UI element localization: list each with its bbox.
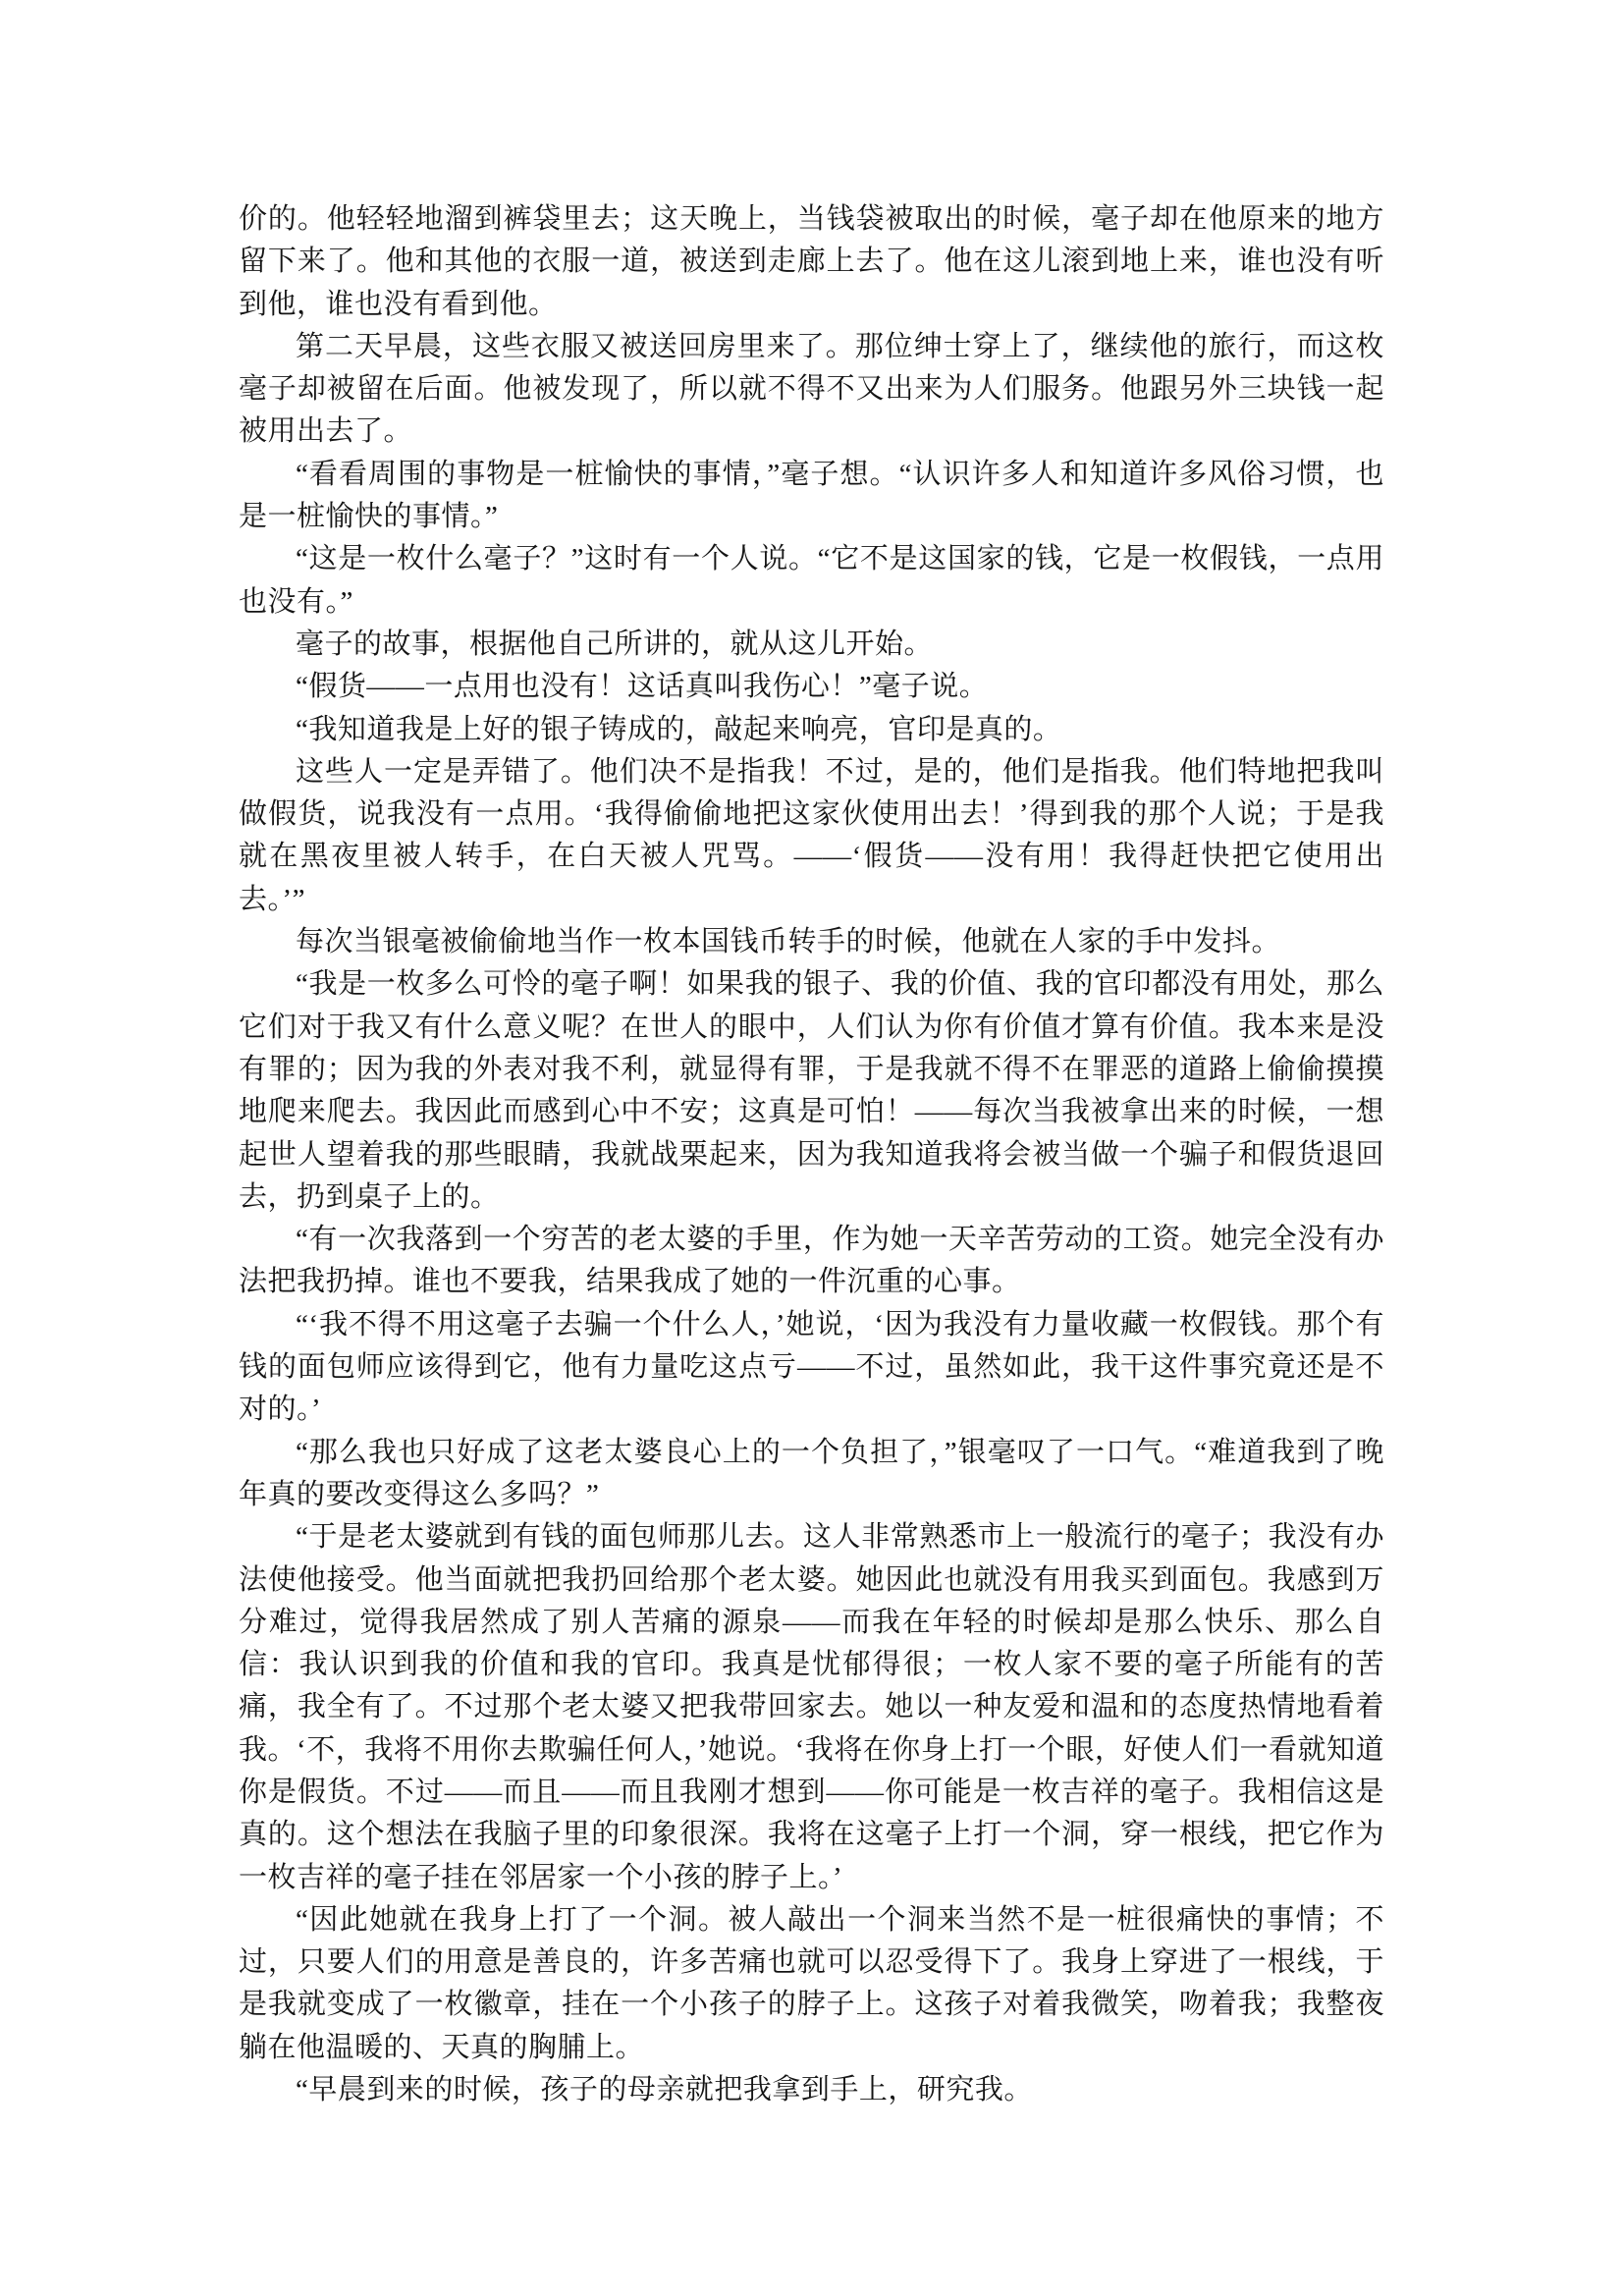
text-block: 价的。他轻轻地溜到裤袋里去；这天晚上，当钱袋被取出的时候，毫子却在他原来的地方留… — [239, 198, 1384, 2111]
paragraph: “有一次我落到一个穷苦的老太婆的手里，作为她一天辛苦劳动的工资。她完全没有办法把… — [239, 1219, 1384, 1304]
document-page: 价的。他轻轻地溜到裤袋里去；这天晚上，当钱袋被取出的时候，毫子却在他原来的地方留… — [0, 0, 1623, 2296]
paragraph: “看看周围的事物是一桩愉快的事情，”毫子想。“认识许多人和知道许多风俗习惯，也是… — [239, 454, 1384, 539]
paragraph: “因此她就在我身上打了一个洞。被人敲出一个洞来当然不是一桩很痛快的事情；不过，只… — [239, 1899, 1384, 2069]
paragraph: “‘我不得不用这毫子去骗一个什么人，’她说，‘因为我没有力量收藏一枚假钱。那个有… — [239, 1304, 1384, 1432]
paragraph: “我知道我是上好的银子铸成的，敲起来响亮，官印是真的。 — [239, 709, 1384, 751]
paragraph: “于是老太婆就到有钱的面包师那儿去。这人非常熟悉市上一般流行的毫子；我没有办法使… — [239, 1516, 1384, 1899]
paragraph: “假货——一点用也没有！这话真叫我伤心！”毫子说。 — [239, 666, 1384, 708]
paragraph: “那么我也只好成了这老太婆良心上的一个负担了，”银毫叹了一口气。“难道我到了晚年… — [239, 1432, 1384, 1517]
paragraph: 每次当银毫被偷偷地当作一枚本国钱币转手的时候，他就在人家的手中发抖。 — [239, 921, 1384, 963]
paragraph: “这是一枚什么毫子？”这时有一个人说。“它不是这国家的钱，它是一枚假钱，一点用也… — [239, 538, 1384, 624]
paragraph: 毫子的故事，根据他自己所讲的，就从这儿开始。 — [239, 624, 1384, 666]
paragraph: “我是一枚多么可怜的毫子啊！如果我的银子、我的价值、我的官印都没有用处，那么它们… — [239, 963, 1384, 1219]
paragraph: “早晨到来的时候，孩子的母亲就把我拿到手上，研究我。 — [239, 2069, 1384, 2111]
paragraph: 第二天早晨，这些衣服又被送回房里来了。那位绅士穿上了，继续他的旅行，而这枚毫子却… — [239, 326, 1384, 454]
paragraph: 这些人一定是弄错了。他们决不是指我！不过，是的，他们是指我。他们特地把我叫做假货… — [239, 751, 1384, 921]
paragraph: 价的。他轻轻地溜到裤袋里去；这天晚上，当钱袋被取出的时候，毫子却在他原来的地方留… — [239, 198, 1384, 326]
